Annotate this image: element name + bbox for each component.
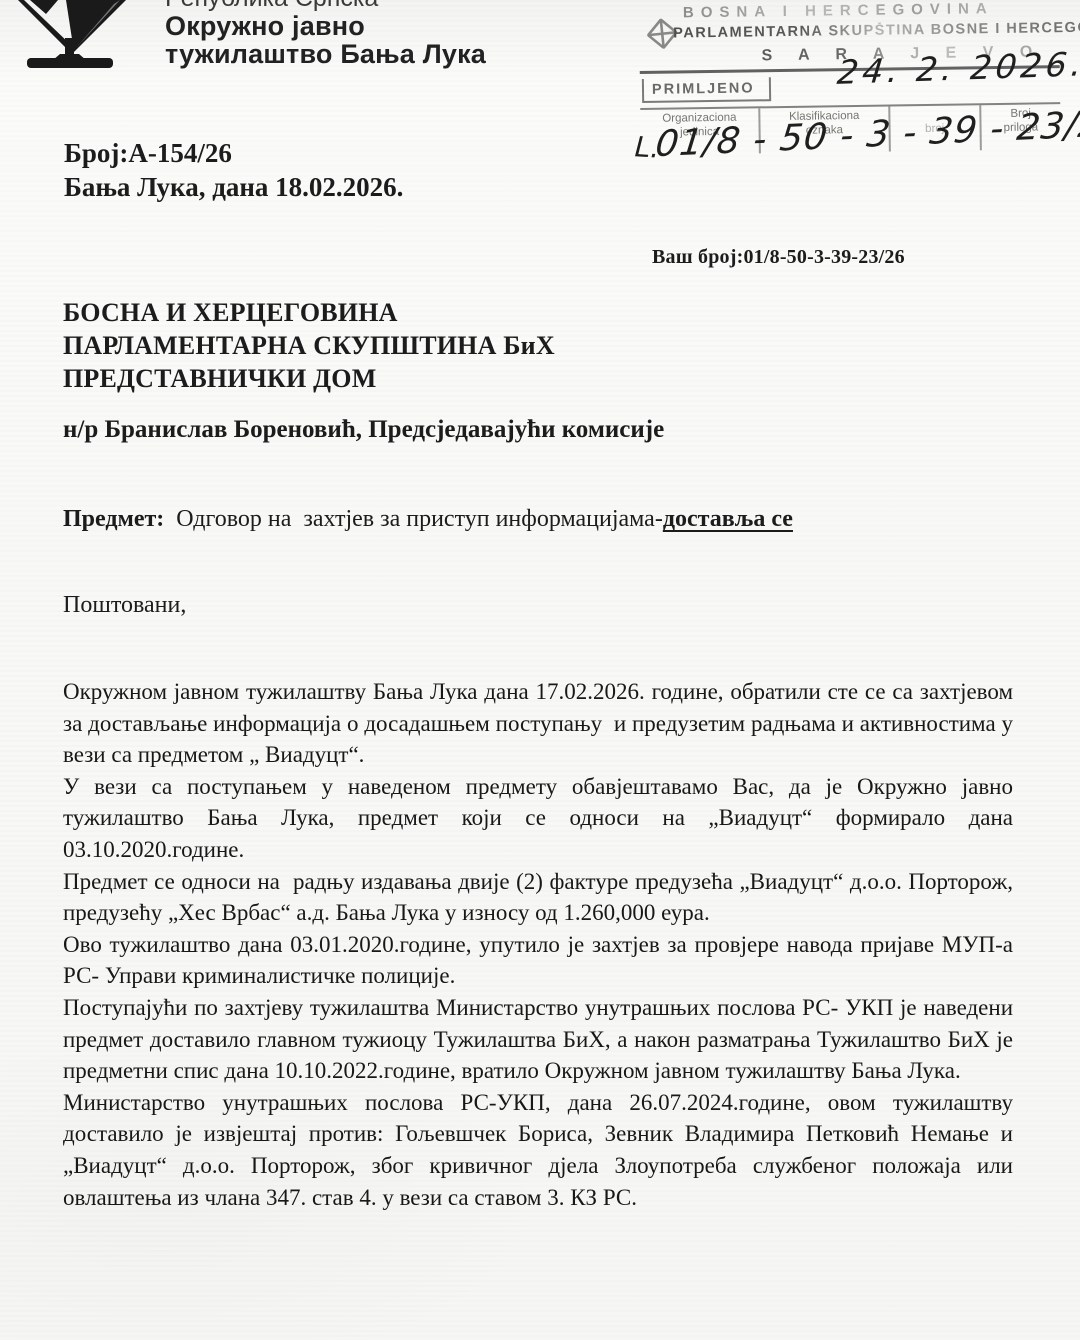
- attention-line: н/р Бранислав Бореновић, Предсједавајући…: [63, 416, 664, 444]
- document-page: Република Српска Окружно јавно тужилаштв…: [0, 0, 1080, 1340]
- recipient-institution: ПАРЛАМЕНТАРНА СКУПШТИНА БиХ: [63, 329, 555, 362]
- case-number: Број:А-154/26: [64, 136, 403, 170]
- letterhead-office-1: Окружно јавно: [165, 12, 486, 40]
- scales-of-justice-icon: [10, 0, 130, 72]
- subject-emphasis: доставља се: [663, 506, 793, 532]
- body-paragraph: Поступајући по захтјеву тужилаштва Минис…: [63, 992, 1013, 1087]
- body-paragraph: Окружном јавном тужилаштву Бања Лука дан…: [63, 676, 1013, 771]
- recipient-house: ПРЕДСТАВНИЧКИ ДОМ: [63, 362, 555, 395]
- stamp-institution: PARLAMENTARNA SKUPŠTINA BOSNE I HERCEGOV…: [673, 19, 1080, 41]
- body-paragraph: Министарство унутрашњих послова РС-УКП, …: [63, 1087, 1013, 1213]
- salutation: Поштовани,: [63, 592, 186, 619]
- body-paragraph: Ово тужилаштво дана 03.01.2020.године, у…: [63, 929, 1013, 992]
- your-reference-number: Ваш број:01/8-50-3-39-23/26: [652, 246, 905, 269]
- letterhead-office-2: тужилаштво Бања Лука: [165, 40, 486, 68]
- letterhead: Република Српска Окружно јавно тужилаштв…: [165, 0, 486, 68]
- letter-body: Окружном јавном тужилаштву Бања Лука дан…: [63, 676, 1013, 1213]
- recipient-block: БОСНА И ХЕРЦЕГОВИНА ПАРЛАМЕНТАРНА СКУПШТ…: [63, 296, 555, 395]
- stamp-country: BOSNA I HERCEGOVINA: [683, 0, 994, 21]
- subject-text: Одговор на захтјев за приступ информациј…: [164, 506, 663, 532]
- stamp-received-label: PRIMLJENO: [642, 77, 771, 103]
- received-stamp: BOSNA I HERCEGOVINA PARLAMENTARNA SKUPŠT…: [639, 0, 1073, 177]
- body-paragraph: Предмет се односи на радњу издавања двиј…: [63, 866, 1013, 929]
- body-paragraph: У вези са поступањем у наведеном предмет…: [63, 771, 1013, 866]
- recipient-country: БОСНА И ХЕРЦЕГОВИНА: [63, 296, 555, 329]
- reference-block: Број:А-154/26 Бања Лука, дана 18.02.2026…: [64, 136, 403, 204]
- subject-label: Предмет:: [63, 506, 164, 532]
- subject-line: Предмет: Одговор на захтјев за приступ и…: [63, 506, 793, 533]
- place-and-date: Бања Лука, дана 18.02.2026.: [64, 170, 403, 204]
